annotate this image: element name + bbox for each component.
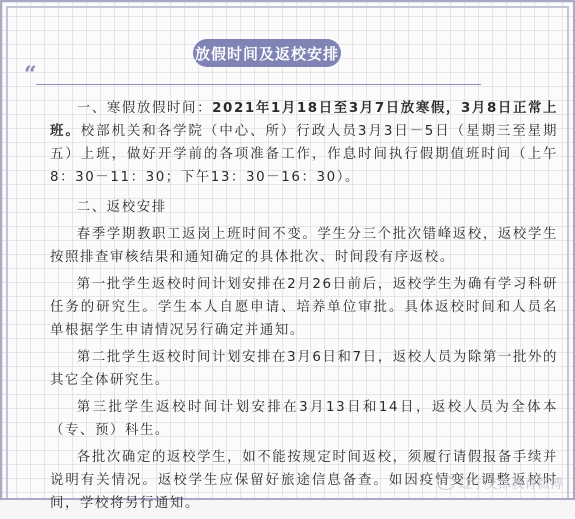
watermark-text: 辽宁交部教育微博 [459,473,563,492]
document-body: 一、寒假放假时间：2021年1月18日至3月7日放寒假，3月8日正常上班。校部机… [50,97,558,500]
document-frame: 放假时间及返校安排 “ 一、寒假放假时间：2021年1月18日至3月7日放寒假，… [0,0,575,500]
section-title: 放假时间及返校安排 [193,39,341,67]
weibo-icon [437,476,455,490]
paragraph-batch-3: 第三批学生返校时间计划安排在3月13日和14日，返校人员为全体本（专、预）科生。 [50,396,558,442]
title-divider [36,84,481,85]
frame-border-left [6,6,8,498]
paragraph-batch-2: 第二批学生返校时间计划安排在3月6日和7日，返校人员为除第一批外的其它全体研究生… [50,346,558,392]
vacation-details: 校部机关和各学院（中心、所）行政人员3月3日－5日（星期三至星期五）上班，做好开… [50,124,558,185]
watermark: 辽宁交部教育微博 [437,473,563,492]
frame-border-top [6,6,569,8]
paragraph-vacation-time: 一、寒假放假时间：2021年1月18日至3月7日放寒假，3月8日正常上班。校部机… [50,97,558,189]
frame-border-right [567,6,569,498]
return-heading: 二、返校安排 [50,196,558,219]
paragraph-return-overview: 春季学期教职工返岗上班时间不变。学生分三个批次错峰返校，返校学生按照排查审核结果… [50,223,558,269]
quote-icon: “ [24,64,37,86]
paragraph-batch-1: 第一批学生返校时间计划安排在2月26日前后，返校学生为确有学习科研任务的研究生。… [50,273,558,342]
vacation-prefix: 一、寒假放假时间： [77,101,212,116]
